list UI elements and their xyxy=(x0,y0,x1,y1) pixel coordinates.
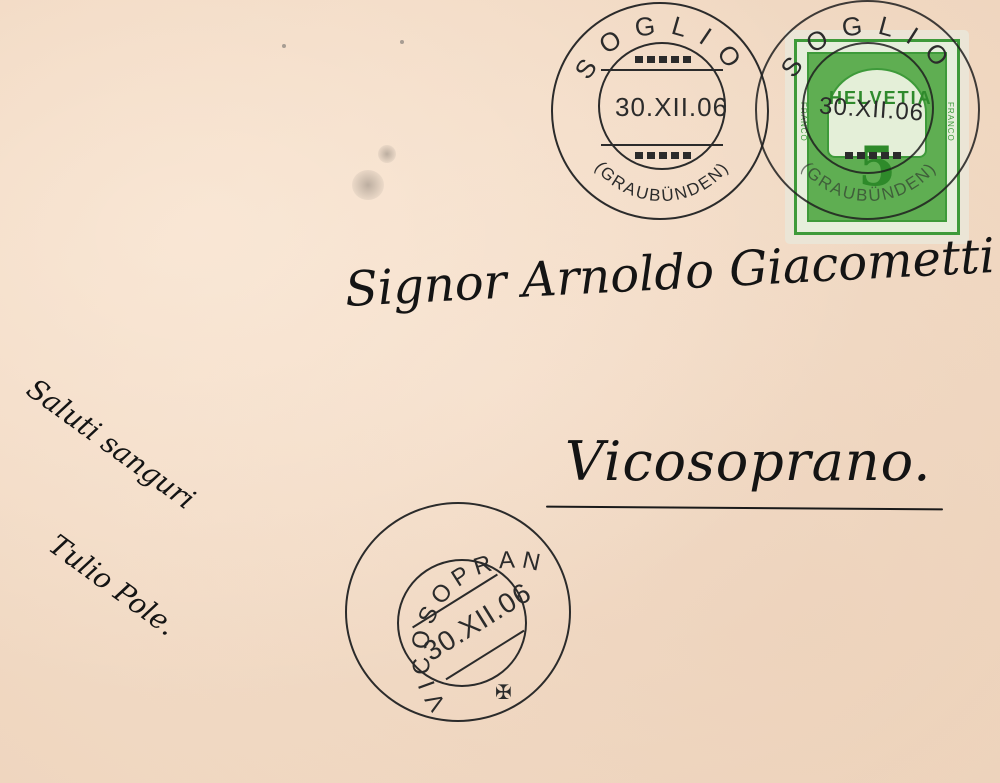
swiss-cross-icon: ✠ xyxy=(495,680,513,705)
address-town: Vicosoprano. xyxy=(565,430,931,493)
ink-stain-small xyxy=(378,145,396,163)
postmark-bar-ornament xyxy=(635,56,691,63)
postmark-bar-ornament xyxy=(845,152,901,159)
postmark-date: 30.XII.06 xyxy=(615,92,728,123)
soglio-postmark-on-stamp: SOGLIO (GRAUBÜNDEN) 30.XII.06 xyxy=(755,0,980,220)
paper-speck xyxy=(282,44,286,48)
paper-speck xyxy=(400,40,404,44)
postmark-bar-ornament xyxy=(635,152,691,159)
vicosoprano-postmark: VICOSOPRANO 30.XII.06 ✠ xyxy=(345,502,571,722)
postmark-bar xyxy=(601,144,723,146)
ink-stain xyxy=(352,170,384,200)
soglio-postmark: SOGLIO (GRAUBÜNDEN) 30.XII.06 xyxy=(551,2,769,220)
postmark-bar xyxy=(601,69,723,71)
